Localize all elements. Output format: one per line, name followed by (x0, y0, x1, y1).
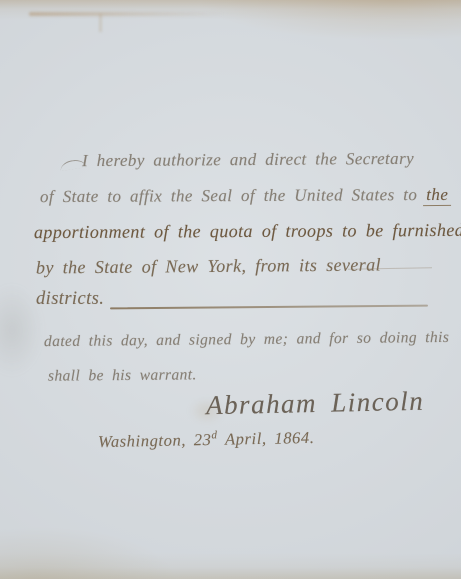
blank-fill-rule (110, 305, 428, 309)
dateline-suffix: April, 1864. (217, 428, 314, 449)
dateline-prefix: Washington, 23 (98, 430, 212, 451)
letter-line-2-filled-word: the (423, 185, 451, 206)
letter-line-1: I hereby authorize and direct the Secret… (82, 149, 414, 171)
dateline: Washington, 23d April, 1864. (98, 428, 315, 452)
letter-paper: I hereby authorize and direct the Secret… (0, 0, 461, 579)
letter-line-2: of State to affix the Seal of the United… (40, 185, 451, 207)
letter-line-7: shall be his warrant. (48, 366, 197, 385)
letter-line-5: districts. (36, 289, 104, 310)
document-photo: I hereby authorize and direct the Secret… (0, 0, 461, 579)
letter-line-4: by the State of New York, from its sever… (36, 254, 381, 278)
top-stain-mark-vertical (99, 14, 102, 32)
letter-line-2-text: of State to affix the Seal of the United… (40, 185, 417, 206)
faint-fill-rule (348, 267, 432, 270)
top-stain-mark (29, 12, 225, 16)
letter-line-6: dated this day, and signed by me; and fo… (44, 329, 449, 351)
signature-abraham-lincoln: Abraham Lincoln (206, 386, 425, 422)
letter-line-3: apportionment of the quota of troops to … (34, 220, 461, 243)
